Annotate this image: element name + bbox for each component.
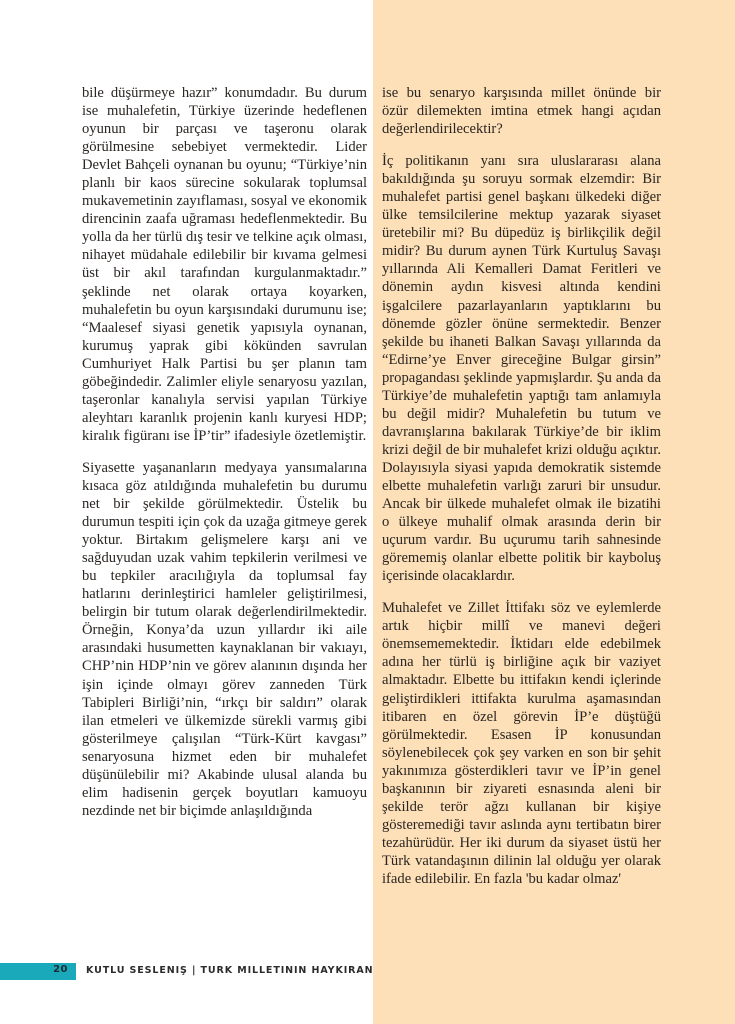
paragraph: Siyasette yaşananların medyaya yansımala… — [82, 459, 367, 820]
paragraph: ise bu senaryo karşısında millet önünde … — [382, 84, 661, 138]
paragraph: Muhalefet ve Zillet İttifakı söz ve eyle… — [382, 599, 661, 888]
page-number: 20 — [53, 964, 68, 975]
paragraph: İç politikanın yanı sıra uluslararası al… — [382, 152, 661, 585]
right-text-column: ise bu senaryo karşısında millet önünde … — [382, 84, 661, 902]
footer-publication-title: KUTLU SESLENİŞ | TÜRK MİLLETİNİN HAYKIRA… — [86, 965, 373, 976]
footer-accent-bar: 20 — [0, 963, 76, 980]
paragraph: bile düşürmeye hazır” konumdadır. Bu dur… — [82, 84, 367, 445]
left-text-column: bile düşürmeye hazır” konumdadır. Bu dur… — [82, 84, 367, 834]
